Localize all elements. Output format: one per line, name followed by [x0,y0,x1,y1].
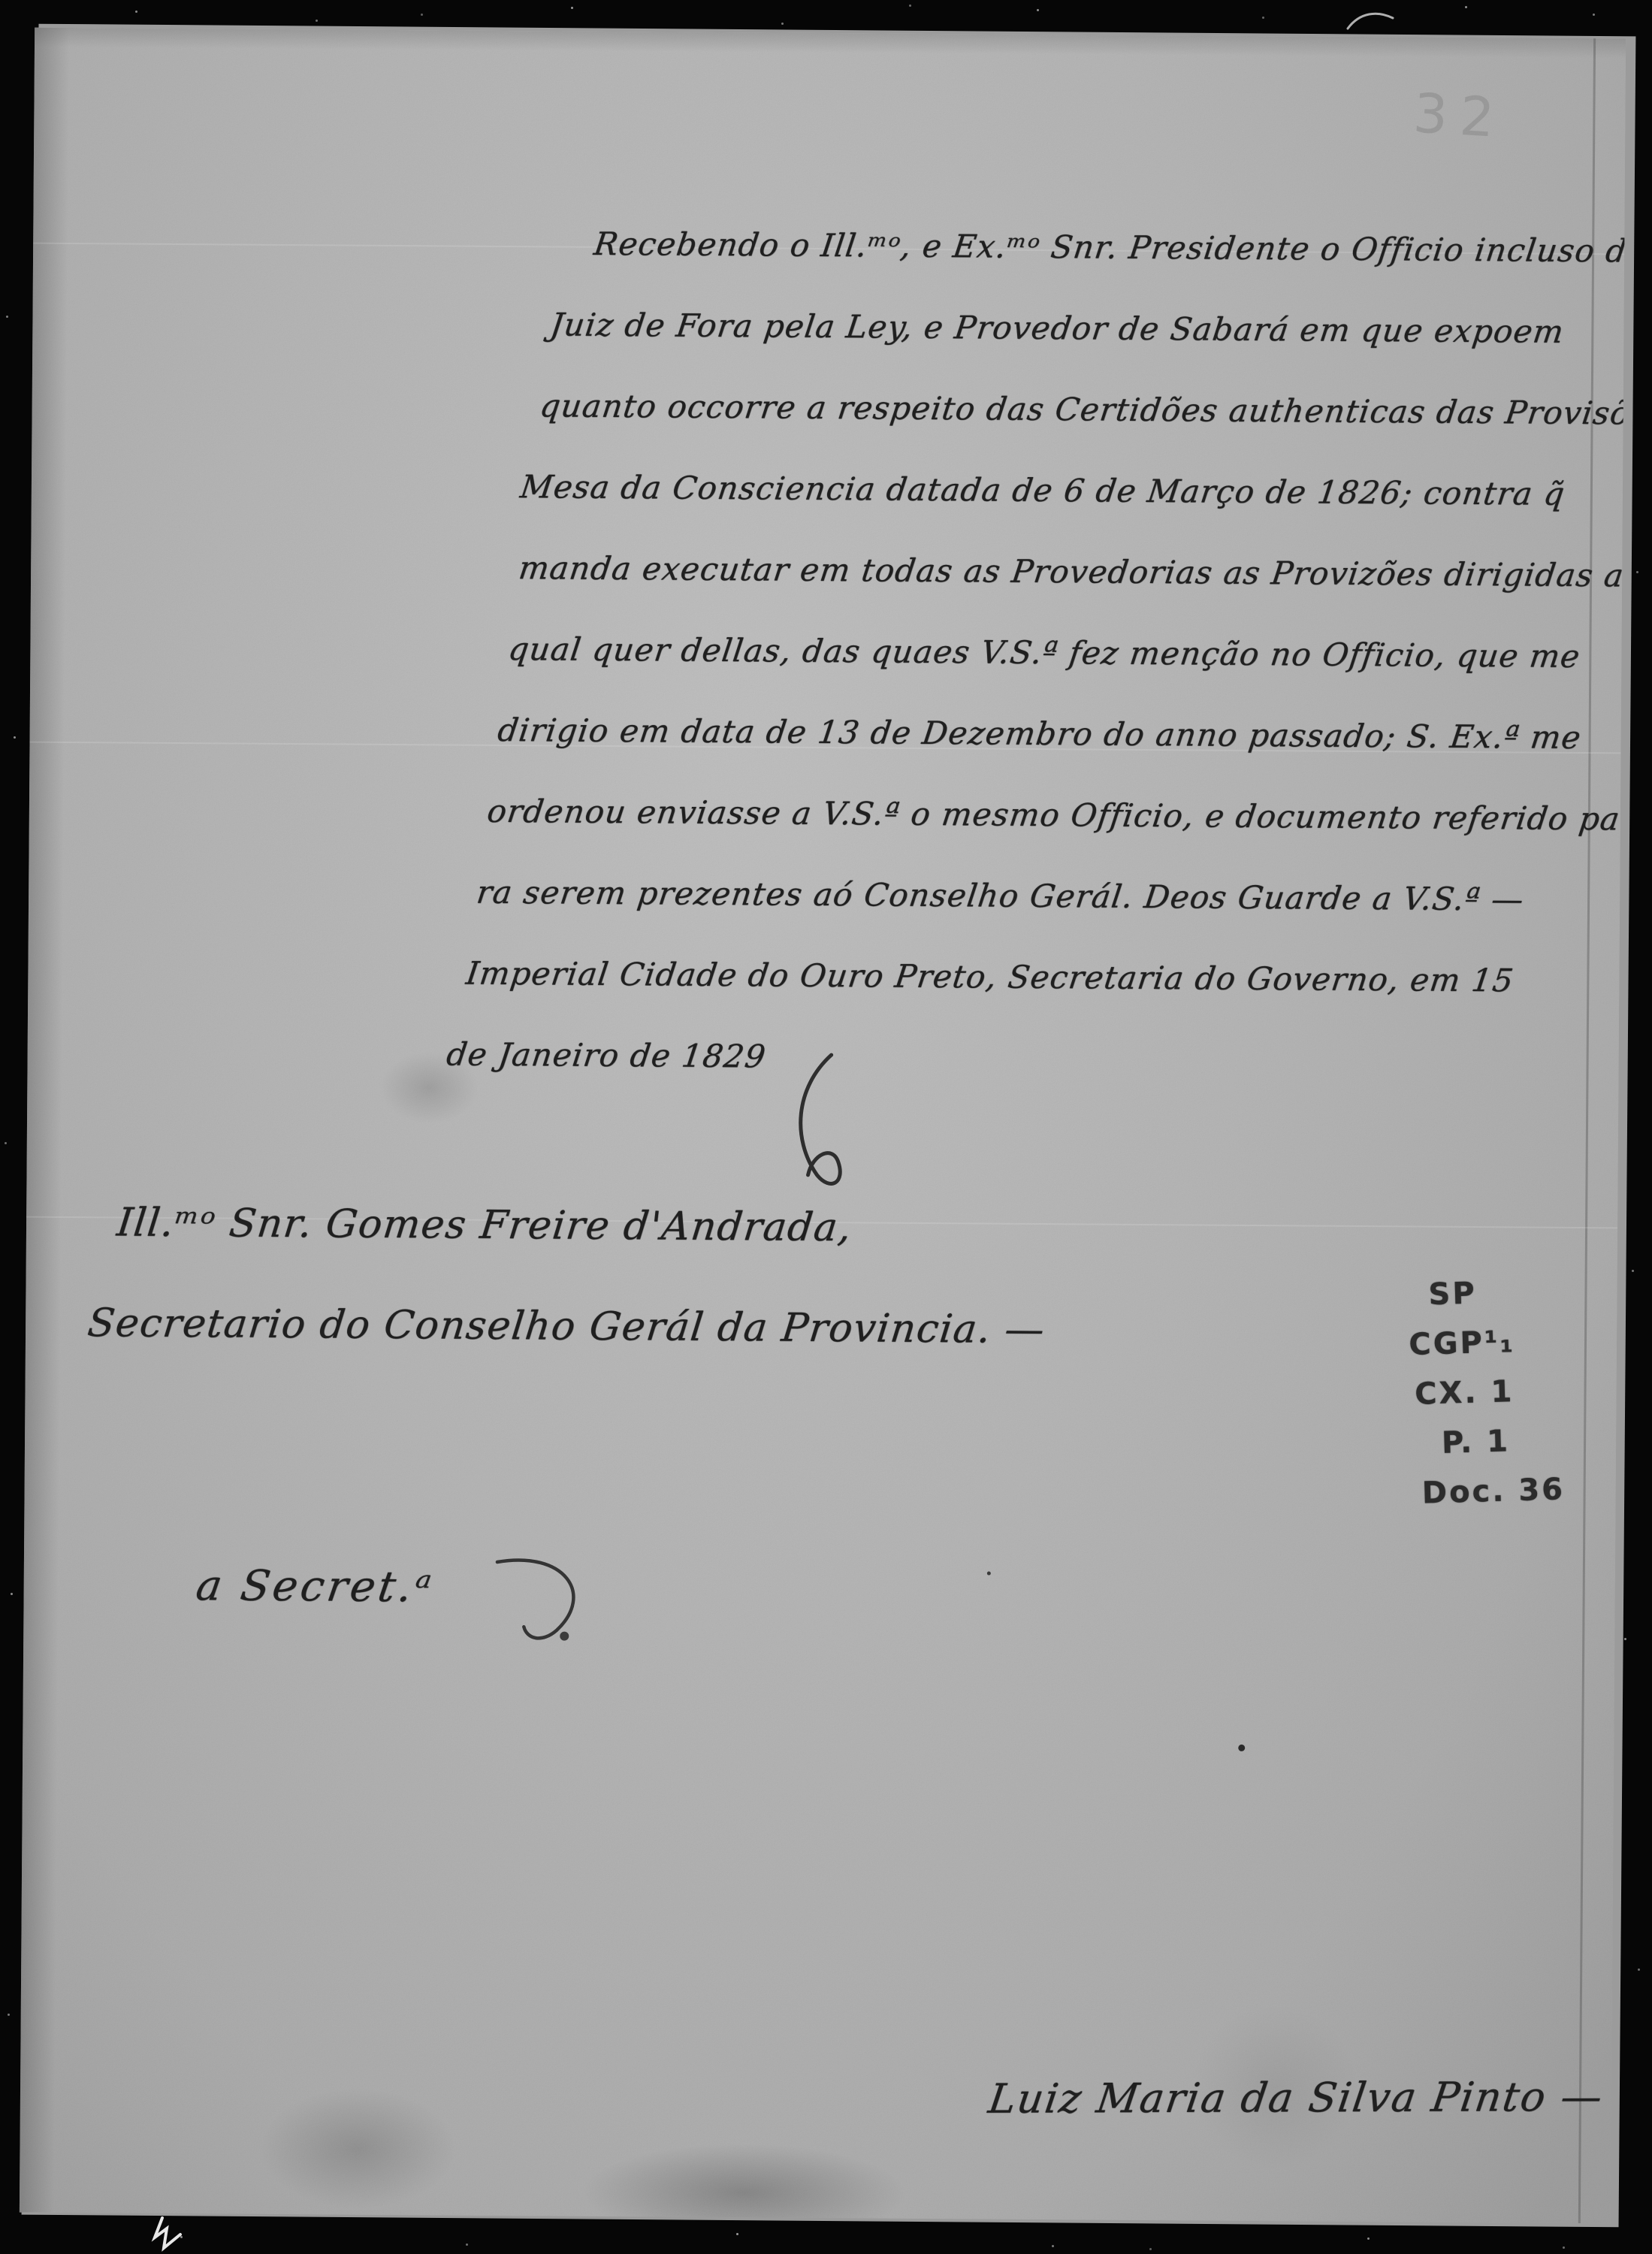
film-scratch-mark [1345,6,1397,36]
manuscript-line: ra serem prezentes aó Conselho Gerál. De… [469,874,1626,963]
manuscript-line: Mesa da Consciencia datada de 6 de Março… [512,468,1626,557]
manuscript-line: ordenou enviasse a V.S.ª o mesmo Officio… [479,793,1626,882]
manuscript-line: dirigio em data de 13 de Dezembro do ann… [490,712,1626,801]
ink-spot [987,1572,991,1576]
paper-stain [583,2143,907,2224]
addressee-line: Ill.ᵐᵒ Snr. Gomes Freire d'Andrada, [90,1200,1059,1307]
manuscript-line: Imperial Cidade do Ouro Preto, Secretari… [458,955,1626,1044]
scanned-document-page: 32 Recebendo o Ill.ᵐᵒ, e Ex.ᵐᵒ Snr. Pres… [0,0,1652,2254]
film-scratch-mark [141,2215,209,2254]
archival-stamp-line: CX. 1 [1415,1373,1563,1426]
signature: Luiz Maria da Silva Pinto — [986,2073,1606,2123]
manuscript-line: Juiz de Fora pela Ley, e Provedor de Sab… [542,306,1626,395]
scanner-dust-specks [0,0,2,2]
addressee-block: Ill.ᵐᵒ Snr. Gomes Freire d'Andrada, Secr… [79,1200,1059,1408]
letter-body: Recebendo o Ill.ᵐᵒ, e Ex.ᵐᵒ Snr. Preside… [448,225,1626,1125]
archival-stamp-line: P. 1 [1441,1422,1564,1476]
archival-stamp-line: CGP¹₁ [1409,1323,1562,1377]
ink-spot [1238,1745,1245,1751]
archival-stamp-line: SP [1428,1274,1560,1327]
paraph-flourish [772,1049,862,1207]
page-number-pencil: 32 [1412,81,1508,150]
paper-stain [260,2088,456,2210]
archival-reference-stamp: SP CGP¹₁ CX. 1 P. 1 Doc. 36 [1407,1274,1566,1526]
secretarial-note-flourish [474,1548,610,1669]
manuscript-line: Recebendo o Ill.ᵐᵒ, e Ex.ᵐᵒ Snr. Preside… [553,225,1626,315]
archival-stamp-line: Doc. 36 [1421,1472,1566,1525]
manuscript-paper: 32 Recebendo o Ill.ᵐᵒ, e Ex.ᵐᵒ Snr. Pres… [20,28,1626,2224]
secretarial-note: a Secret.ᵃ [193,1561,437,1612]
manuscript-line: quanto occorre a respeito das Certidões … [532,387,1626,476]
manuscript-line: de Janeiro de 1829 [439,1036,1626,1125]
manuscript-line: manda executar em todas as Provedorias a… [511,549,1626,639]
addressee-line: Secretario do Conselho Gerál da Provinci… [79,1301,1047,1408]
manuscript-line: qual quer dellas, das quaes V.S.ª fez me… [500,630,1626,720]
paper-edge-shadow-left [20,28,69,2213]
